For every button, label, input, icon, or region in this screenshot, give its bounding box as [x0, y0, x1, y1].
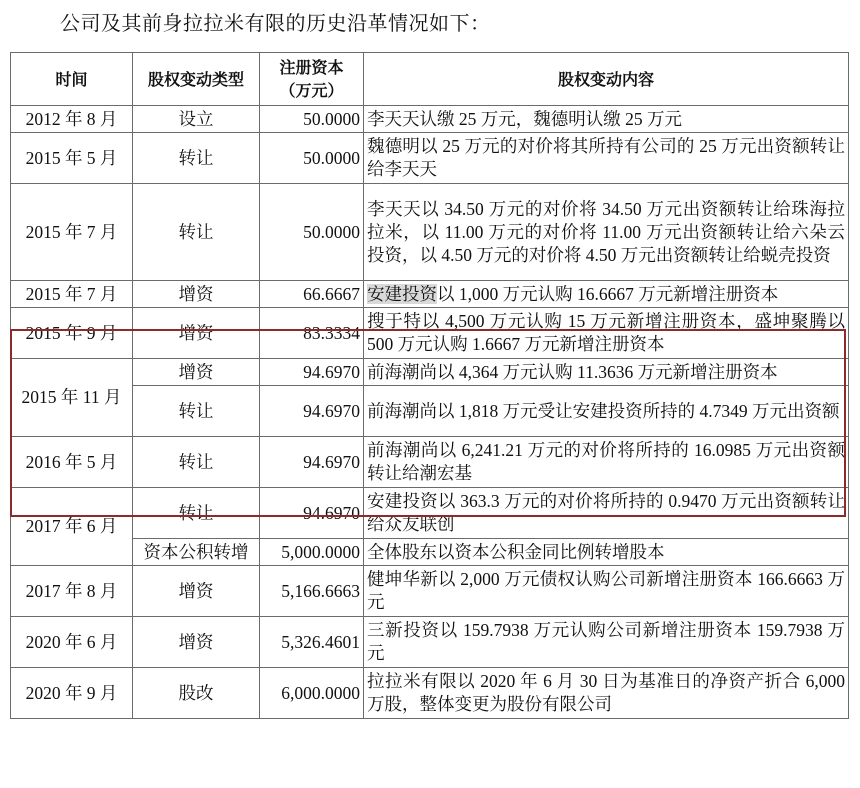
table-header-row: 时间 股权变动类型 注册资本 （万元） 股权变动内容	[11, 53, 849, 106]
cell-content: 安建投资以 363.3 万元的对价将所持的 0.9470 万元出资额转让给众友联…	[364, 488, 849, 539]
cell-time: 2015 年 5 月	[11, 133, 133, 184]
cell-content: 三新投资以 159.7938 万元认购公司新增注册资本 159.7938 万元	[364, 617, 849, 668]
cell-content: 全体股东以资本公积金同比例转增股本	[364, 539, 849, 566]
cell-content: 安建投资以 1,000 万元认购 16.6667 万元新增注册资本	[364, 281, 849, 308]
cell-content: 前海潮尚以 4,364 万元认购 11.3636 万元新增注册资本	[364, 359, 849, 386]
table-row: 资本公积转增 5,000.0000 全体股东以资本公积金同比例转增股本	[11, 539, 849, 566]
header-time: 时间	[11, 53, 133, 106]
cell-time: 2015 年 11 月	[11, 359, 133, 437]
cell-time: 2020 年 6 月	[11, 617, 133, 668]
cell-content: 前海潮尚以 6,241.21 万元的对价将所持的 16.0985 万元出资额转让…	[364, 437, 849, 488]
table-row: 2015 年 11 月 增资 94.6970 前海潮尚以 4,364 万元认购 …	[11, 359, 849, 386]
header-content: 股权变动内容	[364, 53, 849, 106]
cell-type: 转让	[133, 133, 260, 184]
table-row: 2020 年 6 月 增资 5,326.4601 三新投资以 159.7938 …	[11, 617, 849, 668]
cell-time: 2012 年 8 月	[11, 106, 133, 133]
cell-time: 2020 年 9 月	[11, 668, 133, 719]
header-type: 股权变动类型	[133, 53, 260, 106]
cell-content: 李天天认缴 25 万元，魏德明认缴 25 万元	[364, 106, 849, 133]
table-row: 2020 年 9 月 股改 6,000.0000 拉拉米有限以 2020 年 6…	[11, 668, 849, 719]
cell-type: 资本公积转增	[133, 539, 260, 566]
cell-time: 2017 年 6 月	[11, 488, 133, 566]
table-row: 2012 年 8 月 设立 50.0000 李天天认缴 25 万元，魏德明认缴 …	[11, 106, 849, 133]
cell-capital: 66.6667	[260, 281, 364, 308]
cell-type: 增资	[133, 566, 260, 617]
cell-capital: 50.0000	[260, 184, 364, 281]
cell-time: 2016 年 5 月	[11, 437, 133, 488]
cell-capital: 94.6970	[260, 386, 364, 437]
table-row: 2015 年 9 月 增资 83.3334 搜于特以 4,500 万元认购 15…	[11, 308, 849, 359]
cell-type: 转让	[133, 488, 260, 539]
intro-text: 公司及其前身拉拉米有限的历史沿革情况如下：	[60, 10, 491, 38]
table-row: 2017 年 6 月 转让 94.6970 安建投资以 363.3 万元的对价将…	[11, 488, 849, 539]
header-capital: 注册资本 （万元）	[260, 53, 364, 106]
cell-content: 李天天以 34.50 万元的对价将 34.50 万元出资额转让给珠海拉拉米，以 …	[364, 184, 849, 281]
cell-capital: 94.6970	[260, 437, 364, 488]
history-table: 时间 股权变动类型 注册资本 （万元） 股权变动内容 2012 年 8 月 设立…	[10, 52, 849, 719]
cell-time: 2015 年 7 月	[11, 281, 133, 308]
cell-time: 2015 年 9 月	[11, 308, 133, 359]
cell-type: 转让	[133, 184, 260, 281]
cell-type: 增资	[133, 359, 260, 386]
cell-type: 转让	[133, 437, 260, 488]
header-capital-line1: 注册资本	[263, 56, 360, 79]
cell-content: 拉拉米有限以 2020 年 6 月 30 日为基准日的净资产折合 6,000 万…	[364, 668, 849, 719]
cell-content: 健坤华新以 2,000 万元债权认购公司新增注册资本 166.6663 万元	[364, 566, 849, 617]
cell-content: 前海潮尚以 1,818 万元受让安建投资所持的 4.7349 万元出资额	[364, 386, 849, 437]
cell-capital: 94.6970	[260, 359, 364, 386]
cell-capital: 50.0000	[260, 133, 364, 184]
cell-time: 2015 年 7 月	[11, 184, 133, 281]
cell-content-rest: 以 1,000 万元认购 16.6667 万元新增注册资本	[437, 284, 778, 304]
cell-type: 转让	[133, 386, 260, 437]
cell-type: 设立	[133, 106, 260, 133]
cell-capital: 50.0000	[260, 106, 364, 133]
table-row: 2015 年 7 月 转让 50.0000 李天天以 34.50 万元的对价将 …	[11, 184, 849, 281]
cell-type: 股改	[133, 668, 260, 719]
cell-content: 搜于特以 4,500 万元认购 15 万元新增注册资本，盛坤聚腾以 500 万元…	[364, 308, 849, 359]
cell-type: 增资	[133, 281, 260, 308]
header-capital-line2: （万元）	[263, 79, 360, 102]
cell-capital: 94.6970	[260, 488, 364, 539]
table-row: 2015 年 7 月 增资 66.6667 安建投资以 1,000 万元认购 1…	[11, 281, 849, 308]
table-row: 2016 年 5 月 转让 94.6970 前海潮尚以 6,241.21 万元的…	[11, 437, 849, 488]
cell-capital: 5,000.0000	[260, 539, 364, 566]
cell-capital: 5,326.4601	[260, 617, 364, 668]
cell-type: 增资	[133, 617, 260, 668]
highlighted-text: 安建投资	[367, 284, 437, 304]
table-row: 转让 94.6970 前海潮尚以 1,818 万元受让安建投资所持的 4.734…	[11, 386, 849, 437]
cell-capital: 6,000.0000	[260, 668, 364, 719]
cell-capital: 5,166.6663	[260, 566, 364, 617]
table-row: 2017 年 8 月 增资 5,166.6663 健坤华新以 2,000 万元债…	[11, 566, 849, 617]
cell-time: 2017 年 8 月	[11, 566, 133, 617]
cell-content: 魏德明以 25 万元的对价将其所持有公司的 25 万元出资额转让给李天天	[364, 133, 849, 184]
table-row: 2015 年 5 月 转让 50.0000 魏德明以 25 万元的对价将其所持有…	[11, 133, 849, 184]
cell-type: 增资	[133, 308, 260, 359]
cell-capital: 83.3334	[260, 308, 364, 359]
